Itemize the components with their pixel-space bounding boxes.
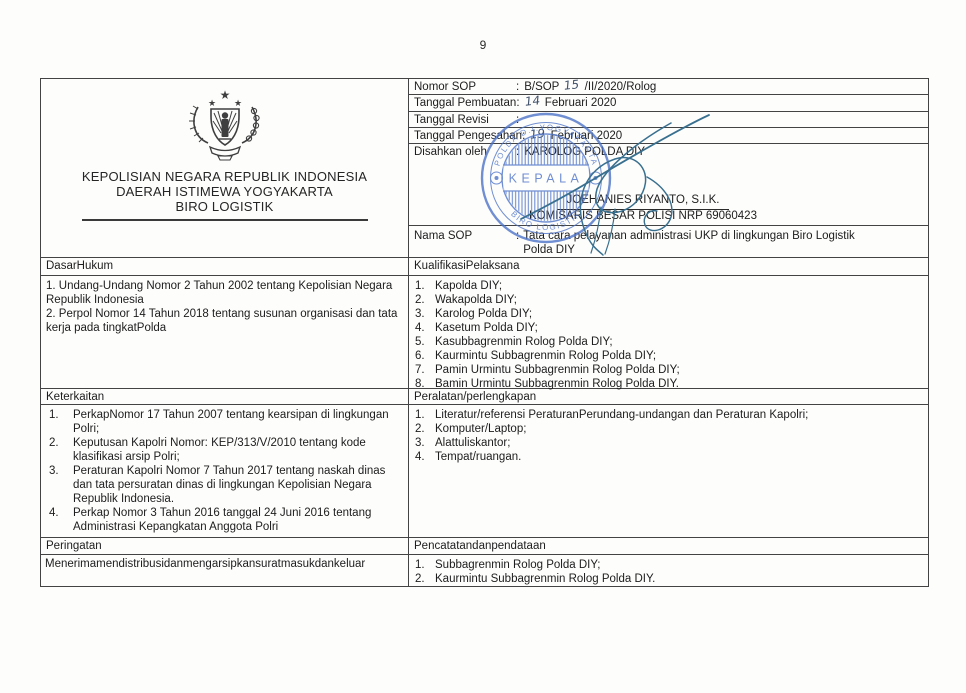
- dasar-hukum-body: 1. Undang-Undang Nomor 2 Tahun 2002 tent…: [41, 276, 409, 388]
- colon: :: [516, 97, 519, 110]
- list-text: Keputusan Kapolri Nomor: KEP/313/V/2010 …: [73, 436, 408, 464]
- list-item: 1. Subbagrenmin Rolog Polda DIY;: [409, 558, 928, 572]
- list-item: 4. Tempat/ruangan.: [409, 450, 928, 464]
- info-label: Tanggal Revisi: [409, 114, 516, 127]
- list-number: 2.: [409, 422, 435, 436]
- list-number: 2.: [409, 293, 435, 307]
- paragraph: 2. Perpol Nomor 14 Tahun 2018 tentang su…: [46, 307, 404, 335]
- list-item: 2. Wakapolda DIY;: [409, 293, 928, 307]
- list-item: 1. Kapolda DIY;: [409, 279, 928, 293]
- list-item: 4. Kasetum Polda DIY;: [409, 321, 928, 335]
- section-body-row-c: Menerimamendistribusidanmengarsipkansura…: [41, 555, 928, 586]
- section-body-row-b: 1. PerkapNomor 17 Tahun 2007 tentang kea…: [41, 405, 928, 538]
- list-item: 4. Perkap Nomor 3 Tahun 2016 tanggal 24 …: [41, 506, 408, 534]
- list-text: PerkapNomor 17 Tahun 2007 tentang kearsi…: [73, 408, 408, 436]
- pencatatan-list: 1. Subbagrenmin Rolog Polda DIY; 2. Kaur…: [409, 555, 928, 586]
- polri-emblem-icon: ★ ★ ★: [174, 87, 276, 167]
- list-text: Literatur/referensi PeraturanPerundang-u…: [435, 408, 928, 422]
- value-text: /II/2020/Rolog: [585, 81, 657, 94]
- list-number: 2.: [409, 572, 435, 586]
- page-number: 9: [0, 38, 966, 52]
- list-item: 3. Karolog Polda DIY;: [409, 307, 928, 321]
- info-label: Tanggal Pengesahan: [409, 130, 522, 143]
- list-text: Wakapolda DIY;: [435, 293, 928, 307]
- peringatan-header: Peringatan: [41, 538, 409, 554]
- peringatan-body: Menerimamendistribusidanmengarsipkansura…: [41, 555, 409, 586]
- keterkaitan-header: Keterkaitan: [41, 389, 409, 405]
- list-item: 6. Kaurmintu Subbagrenmin Rolog Polda DI…: [409, 349, 928, 363]
- list-text: Karolog Polda DIY;: [435, 307, 928, 321]
- handwritten-number: 15: [564, 79, 580, 92]
- list-number: 3.: [409, 307, 435, 321]
- svg-text:★: ★: [233, 99, 241, 109]
- list-item: 2. Keputusan Kapolri Nomor: KEP/313/V/20…: [41, 436, 408, 464]
- list-text: Alattuliskantor;: [435, 436, 928, 450]
- list-item: 1. Literatur/referensi PeraturanPerundan…: [409, 408, 928, 422]
- info-row-nomor-sop: Nomor SOP : B/SOP 15 /II/2020/Rolog: [409, 79, 928, 95]
- colon: :: [516, 114, 519, 127]
- list-text: Tempat/ruangan.: [435, 450, 928, 464]
- colon: :: [516, 229, 519, 257]
- peralatan-list: 1. Literatur/referensi PeraturanPerundan…: [409, 405, 928, 537]
- info-value: : B/SOP 15 /II/2020/Rolog: [516, 81, 656, 94]
- list-text: Kaurmintu Subbagrenmin Rolog Polda DIY;: [435, 349, 928, 363]
- list-number: 1.: [41, 408, 73, 436]
- info-label: Nomor SOP: [409, 81, 516, 94]
- kualifikasi-list: 1. Kapolda DIY; 2. Wakapolda DIY; 3. Kar…: [409, 276, 928, 388]
- handwritten-number: 19: [530, 128, 546, 141]
- value-text: Februari 2020: [551, 130, 623, 143]
- list-number: 3.: [409, 436, 435, 450]
- letterhead-underline: [82, 219, 368, 221]
- list-number: 2.: [41, 436, 73, 464]
- info-label: Disahkan oleh: [409, 146, 516, 225]
- list-number: 4.: [409, 450, 435, 464]
- signer-name: JOEHANIES RIYANTO, S.I.K.: [557, 194, 730, 210]
- info-row-tanggal-pengesahan: Tanggal Pengesahan : 19 Februari 2020: [409, 128, 928, 144]
- info-row-disahkan-oleh: Disahkan oleh : KAROLOG POLDA DIY JOEHAN…: [409, 144, 928, 226]
- letterhead-cell: ★ ★ ★: [41, 79, 409, 257]
- signer-rank: KOMISARIS BESAR POLISI NRP 69060423: [509, 210, 777, 224]
- info-label: Nama SOP: [409, 229, 516, 257]
- list-number: 1.: [409, 279, 435, 293]
- svg-text:★: ★: [207, 99, 215, 109]
- paragraph: 1. Undang-Undang Nomor 2 Tahun 2002 tent…: [46, 279, 404, 307]
- list-item: 2. Komputer/Laptop;: [409, 422, 928, 436]
- org-line-3: BIRO LOGISTIK: [82, 199, 367, 214]
- section-body-row-a: 1. Undang-Undang Nomor 2 Tahun 2002 tent…: [41, 276, 928, 389]
- sop-info-stack: Nomor SOP : B/SOP 15 /II/2020/Rolog Tang…: [409, 79, 928, 257]
- list-text: Kasubbagrenmin Rolog Polda DIY;: [435, 335, 928, 349]
- info-value: : 19 Februari 2020: [522, 130, 622, 143]
- dasar-hukum-header: DasarHukum: [41, 258, 409, 275]
- list-text: Pamin Urmintu Subbagrenmin Rolog Polda D…: [435, 363, 928, 377]
- list-number: 6.: [409, 349, 435, 363]
- list-number: 3.: [41, 464, 73, 506]
- list-number: 1.: [409, 408, 435, 422]
- list-number: 5.: [409, 335, 435, 349]
- list-item: 1. PerkapNomor 17 Tahun 2007 tentang kea…: [41, 408, 408, 436]
- list-text: Perkap Nomor 3 Tahun 2016 tanggal 24 Jun…: [73, 506, 408, 534]
- list-item: 2. Kaurmintu Subbagrenmin Rolog Polda DI…: [409, 572, 928, 586]
- info-row-tanggal-pembuatan: Tanggal Pembuatan : 14 Februari 2020: [409, 95, 928, 112]
- list-item: 7. Pamin Urmintu Subbagrenmin Rolog Pold…: [409, 363, 928, 377]
- value-text: Februari 2020: [545, 97, 617, 110]
- list-text: Kasetum Polda DIY;: [435, 321, 928, 335]
- list-text: Kaurmintu Subbagrenmin Rolog Polda DIY.: [435, 572, 928, 586]
- sop-document-table: ★ ★ ★: [40, 78, 929, 587]
- header-band: ★ ★ ★: [41, 79, 928, 258]
- section-header-row-a: DasarHukum KualifikasiPelaksana: [41, 258, 928, 276]
- list-item: 3. Alattuliskantor;: [409, 436, 928, 450]
- info-value: :: [516, 114, 519, 127]
- svg-text:★: ★: [219, 88, 230, 102]
- list-number: 7.: [409, 363, 435, 377]
- signer-block: JOEHANIES RIYANTO, S.I.K. KOMISARIS BESA…: [509, 194, 777, 223]
- list-number: 4.: [41, 506, 73, 534]
- list-number: 1.: [409, 558, 435, 572]
- colon: :: [522, 130, 525, 143]
- nama-sop-value: Tata cara pelayanan administrasi UKP di …: [523, 229, 875, 257]
- kualifikasi-header: KualifikasiPelaksana: [409, 258, 928, 275]
- org-line-1: KEPOLISIAN NEGARA REPUBLIK INDONESIA: [82, 169, 367, 184]
- list-item: 3. Peraturan Kapolri Nomor 7 Tahun 2017 …: [41, 464, 408, 506]
- list-text: Subbagrenmin Rolog Polda DIY;: [435, 558, 928, 572]
- info-value: : 14 Februari 2020: [516, 97, 616, 111]
- keterkaitan-list: 1. PerkapNomor 17 Tahun 2007 tentang kea…: [41, 405, 409, 537]
- list-item: 5. Kasubbagrenmin Rolog Polda DIY;: [409, 335, 928, 349]
- value-text: KAROLOG POLDA DIY: [524, 146, 645, 159]
- section-header-row-b: Keterkaitan Peralatan/perlengkapan: [41, 389, 928, 406]
- handwritten-number: 14: [524, 95, 540, 108]
- peralatan-header: Peralatan/perlengkapan: [409, 389, 928, 405]
- info-row-nama-sop: Nama SOP : Tata cara pelayanan administr…: [409, 226, 928, 257]
- value-text: B/SOP: [524, 81, 559, 94]
- org-line-2: DAERAH ISTIMEWA YOGYAKARTA: [82, 184, 367, 199]
- info-row-tanggal-revisi: Tanggal Revisi :: [409, 112, 928, 128]
- info-label: Tanggal Pembuatan: [409, 97, 516, 111]
- colon: :: [516, 81, 519, 94]
- info-value: : Tata cara pelayanan administrasi UKP d…: [516, 229, 875, 257]
- list-text: Kapolda DIY;: [435, 279, 928, 293]
- list-text: Peraturan Kapolri Nomor 7 Tahun 2017 ten…: [73, 464, 408, 506]
- pencatatan-header: Pencatatandanpendataan: [409, 538, 928, 554]
- colon: :: [516, 146, 519, 159]
- list-text: Komputer/Laptop;: [435, 422, 928, 436]
- list-number: 4.: [409, 321, 435, 335]
- section-header-row-c: Peringatan Pencatatandanpendataan: [41, 538, 928, 555]
